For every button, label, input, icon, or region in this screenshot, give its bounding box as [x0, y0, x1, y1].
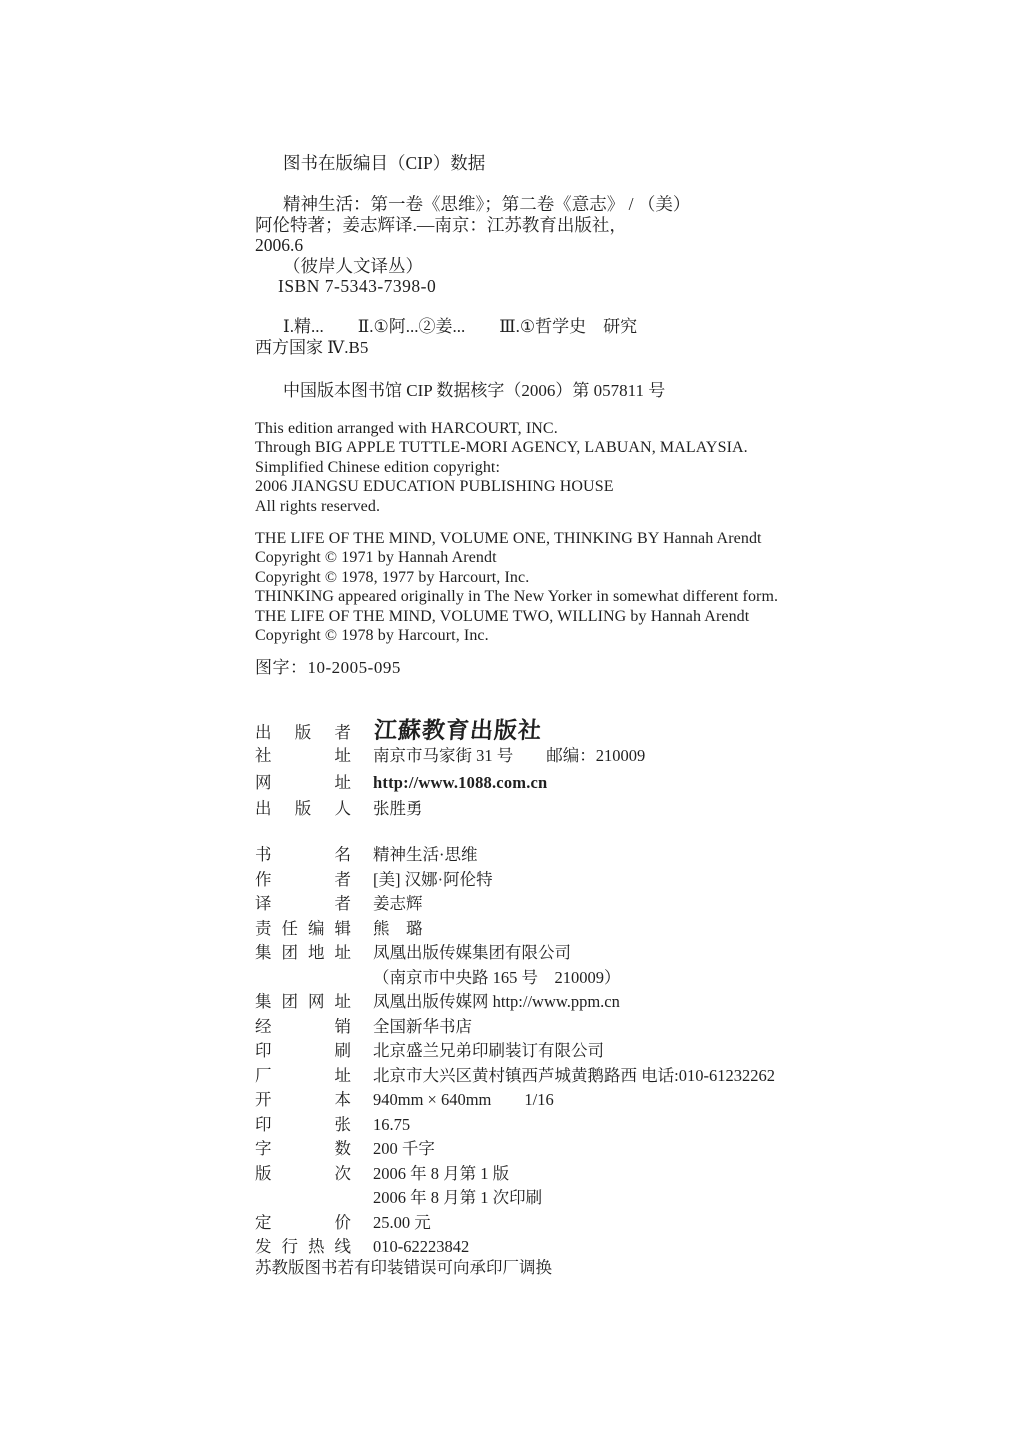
copyright-line: THINKING appeared originally in The New …	[255, 587, 778, 606]
colophon-row: 经销 全国新华书店	[255, 1013, 775, 1038]
colophon-label: 开本	[255, 1086, 351, 1110]
colophon-label: 经销	[255, 1013, 351, 1037]
colophon-value: （南京市中央路 165 号 210009）	[373, 964, 621, 988]
colophon-value: 2006 年 8 月第 1 版	[373, 1160, 509, 1184]
rights-line: Simplified Chinese edition copyright:	[255, 458, 748, 477]
cip-index-line: 西方国家 Ⅳ.B5	[255, 338, 637, 359]
colophon-row: 字数 200 千字	[255, 1135, 775, 1160]
colophon-label: 集团网址	[255, 988, 351, 1012]
colophon-main-block: 书名 精神生活·思维 作者 [美] 汉娜·阿伦特 译者 姜志辉 责任编辑 熊 璐…	[255, 841, 775, 1258]
colophon-value: 940mm × 640mm 1/16	[373, 1086, 554, 1110]
rights-block: This edition arranged with HARCOURT, INC…	[255, 419, 748, 516]
rights-line: All rights reserved.	[255, 497, 748, 516]
license-number: 图字：10-2005-095	[255, 653, 401, 678]
colophon-value: 南京市马家街 31 号 邮编：210009	[373, 742, 645, 766]
colophon-row: 网址 http://www.1088.com.cn	[255, 769, 645, 796]
colophon-value: 熊 璐	[373, 915, 423, 939]
colophon-label: 印张	[255, 1111, 351, 1135]
isbn-line: ISBN 7-5343-7398-0	[255, 276, 690, 297]
colophon-row: 2006 年 8 月第 1 次印刷	[255, 1184, 775, 1209]
colophon-row: 开本 940mm × 640mm 1/16	[255, 1086, 775, 1111]
colophon-row: 印张 16.75	[255, 1111, 775, 1136]
copyright-line: THE LIFE OF THE MIND, VOLUME TWO, WILLIN…	[255, 607, 778, 626]
colophon-value: 北京盛兰兄弟印刷装订有限公司	[373, 1037, 604, 1061]
colophon-label: 定价	[255, 1209, 351, 1233]
copyright-line: Copyright © 1978, 1977 by Harcourt, Inc.	[255, 568, 778, 587]
rights-line: Through BIG APPLE TUTTLE-MORI AGENCY, LA…	[255, 438, 748, 457]
rights-line: This edition arranged with HARCOURT, INC…	[255, 419, 748, 438]
colophon-row: 出版者 江蘇教育出版社	[255, 712, 645, 742]
cip-record-line: （彼岸人文译丛）	[255, 256, 690, 277]
colophon-label: 出版者	[255, 719, 351, 743]
footer-note: 苏教版图书若有印装错误可向承印厂调换	[255, 1254, 552, 1278]
colophon-value: 张胜勇	[373, 795, 423, 819]
colophon-value: 200 千字	[373, 1135, 435, 1159]
colophon-label: 集团地址	[255, 939, 351, 963]
colophon-value: 姜志辉	[373, 890, 423, 914]
colophon-row: 译者 姜志辉	[255, 890, 775, 915]
colophon-row: （南京市中央路 165 号 210009）	[255, 964, 775, 989]
publisher-brush-name: 江蘇教育出版社	[373, 712, 543, 745]
colophon-row: 版次 2006 年 8 月第 1 版	[255, 1160, 775, 1185]
cip-index-block: Ⅰ.精... Ⅱ.①阿...②姜... Ⅲ.①哲学史 研究 西方国家 Ⅳ.B5	[255, 317, 637, 358]
colophon-value: 2006 年 8 月第 1 次印刷	[373, 1184, 542, 1208]
publisher-url: http://www.1088.com.cn	[373, 773, 547, 793]
rights-line: 2006 JIANGSU EDUCATION PUBLISHING HOUSE	[255, 477, 748, 496]
cip-record-block: 精神生活：第一卷《思维》；第二卷《意志》 / （美） 阿伦特著；姜志辉译.—南京…	[255, 194, 690, 297]
colophon-label: 印刷	[255, 1037, 351, 1061]
copyright-line: Copyright © 1971 by Hannah Arendt	[255, 548, 778, 567]
colophon-label: 译者	[255, 890, 351, 914]
cip-record-line: 2006.6	[255, 235, 690, 256]
colophon-label: 版次	[255, 1160, 351, 1184]
cip-record-line: 阿伦特著；姜志辉译.—南京：江苏教育出版社，	[255, 215, 690, 236]
colophon-row: 责任编辑 熊 璐	[255, 915, 775, 940]
colophon-row: 出版人 张胜勇	[255, 795, 645, 822]
colophon-label: 网址	[255, 769, 351, 793]
copyright-line: THE LIFE OF THE MIND, VOLUME ONE, THINKI…	[255, 529, 778, 548]
copyright-block: THE LIFE OF THE MIND, VOLUME ONE, THINKI…	[255, 529, 778, 645]
colophon-label: 书名	[255, 841, 351, 865]
colophon-value: 北京市大兴区黄村镇西芦城黄鹅路西 电话:010-61232262	[373, 1062, 775, 1086]
colophon-value: 凤凰出版传媒集团有限公司	[373, 939, 571, 963]
colophon-value: 16.75	[373, 1115, 410, 1135]
colophon-label: 出版人	[255, 795, 351, 819]
colophon-value: 25.00 元	[373, 1209, 431, 1233]
cip-record-line: 精神生活：第一卷《思维》；第二卷《意志》 / （美）	[255, 194, 690, 215]
colophon-label: 社址	[255, 742, 351, 766]
colophon-value: 全国新华书店	[373, 1013, 472, 1037]
cip-index-line: Ⅰ.精... Ⅱ.①阿...②姜... Ⅲ.①哲学史 研究	[255, 317, 637, 338]
cip-heading: 图书在版编目（CIP）数据	[255, 150, 485, 175]
colophon-row: 集团地址 凤凰出版传媒集团有限公司	[255, 939, 775, 964]
colophon-row: 定价 25.00 元	[255, 1209, 775, 1234]
colophon-row: 书名 精神生活·思维	[255, 841, 775, 866]
copyright-page: 图书在版编目（CIP）数据 精神生活：第一卷《思维》；第二卷《意志》 / （美）…	[0, 0, 1011, 1437]
colophon-value: [美] 汉娜·阿伦特	[373, 866, 493, 890]
colophon-row: 厂址 北京市大兴区黄村镇西芦城黄鹅路西 电话:010-61232262	[255, 1062, 775, 1087]
colophon-label: 作者	[255, 866, 351, 890]
colophon-value: 凤凰出版传媒网 http://www.ppm.cn	[373, 988, 620, 1012]
colophon-row: 集团网址 凤凰出版传媒网 http://www.ppm.cn	[255, 988, 775, 1013]
colophon-value: 精神生活·思维	[373, 841, 478, 865]
colophon-row: 印刷 北京盛兰兄弟印刷装订有限公司	[255, 1037, 775, 1062]
copyright-line: Copyright © 1978 by Harcourt, Inc.	[255, 626, 778, 645]
colophon-publisher-block: 出版者 江蘇教育出版社 社址 南京市马家街 31 号 邮编：210009 网址 …	[255, 712, 645, 822]
colophon-label: 字数	[255, 1135, 351, 1159]
cip-registry-number: 中国版本图书馆 CIP 数据核字（2006）第 057811 号	[255, 376, 665, 401]
colophon-row: 作者 [美] 汉娜·阿伦特	[255, 866, 775, 891]
colophon-label: 厂址	[255, 1062, 351, 1086]
colophon-row: 社址 南京市马家街 31 号 邮编：210009	[255, 742, 645, 769]
colophon-label: 责任编辑	[255, 915, 351, 939]
